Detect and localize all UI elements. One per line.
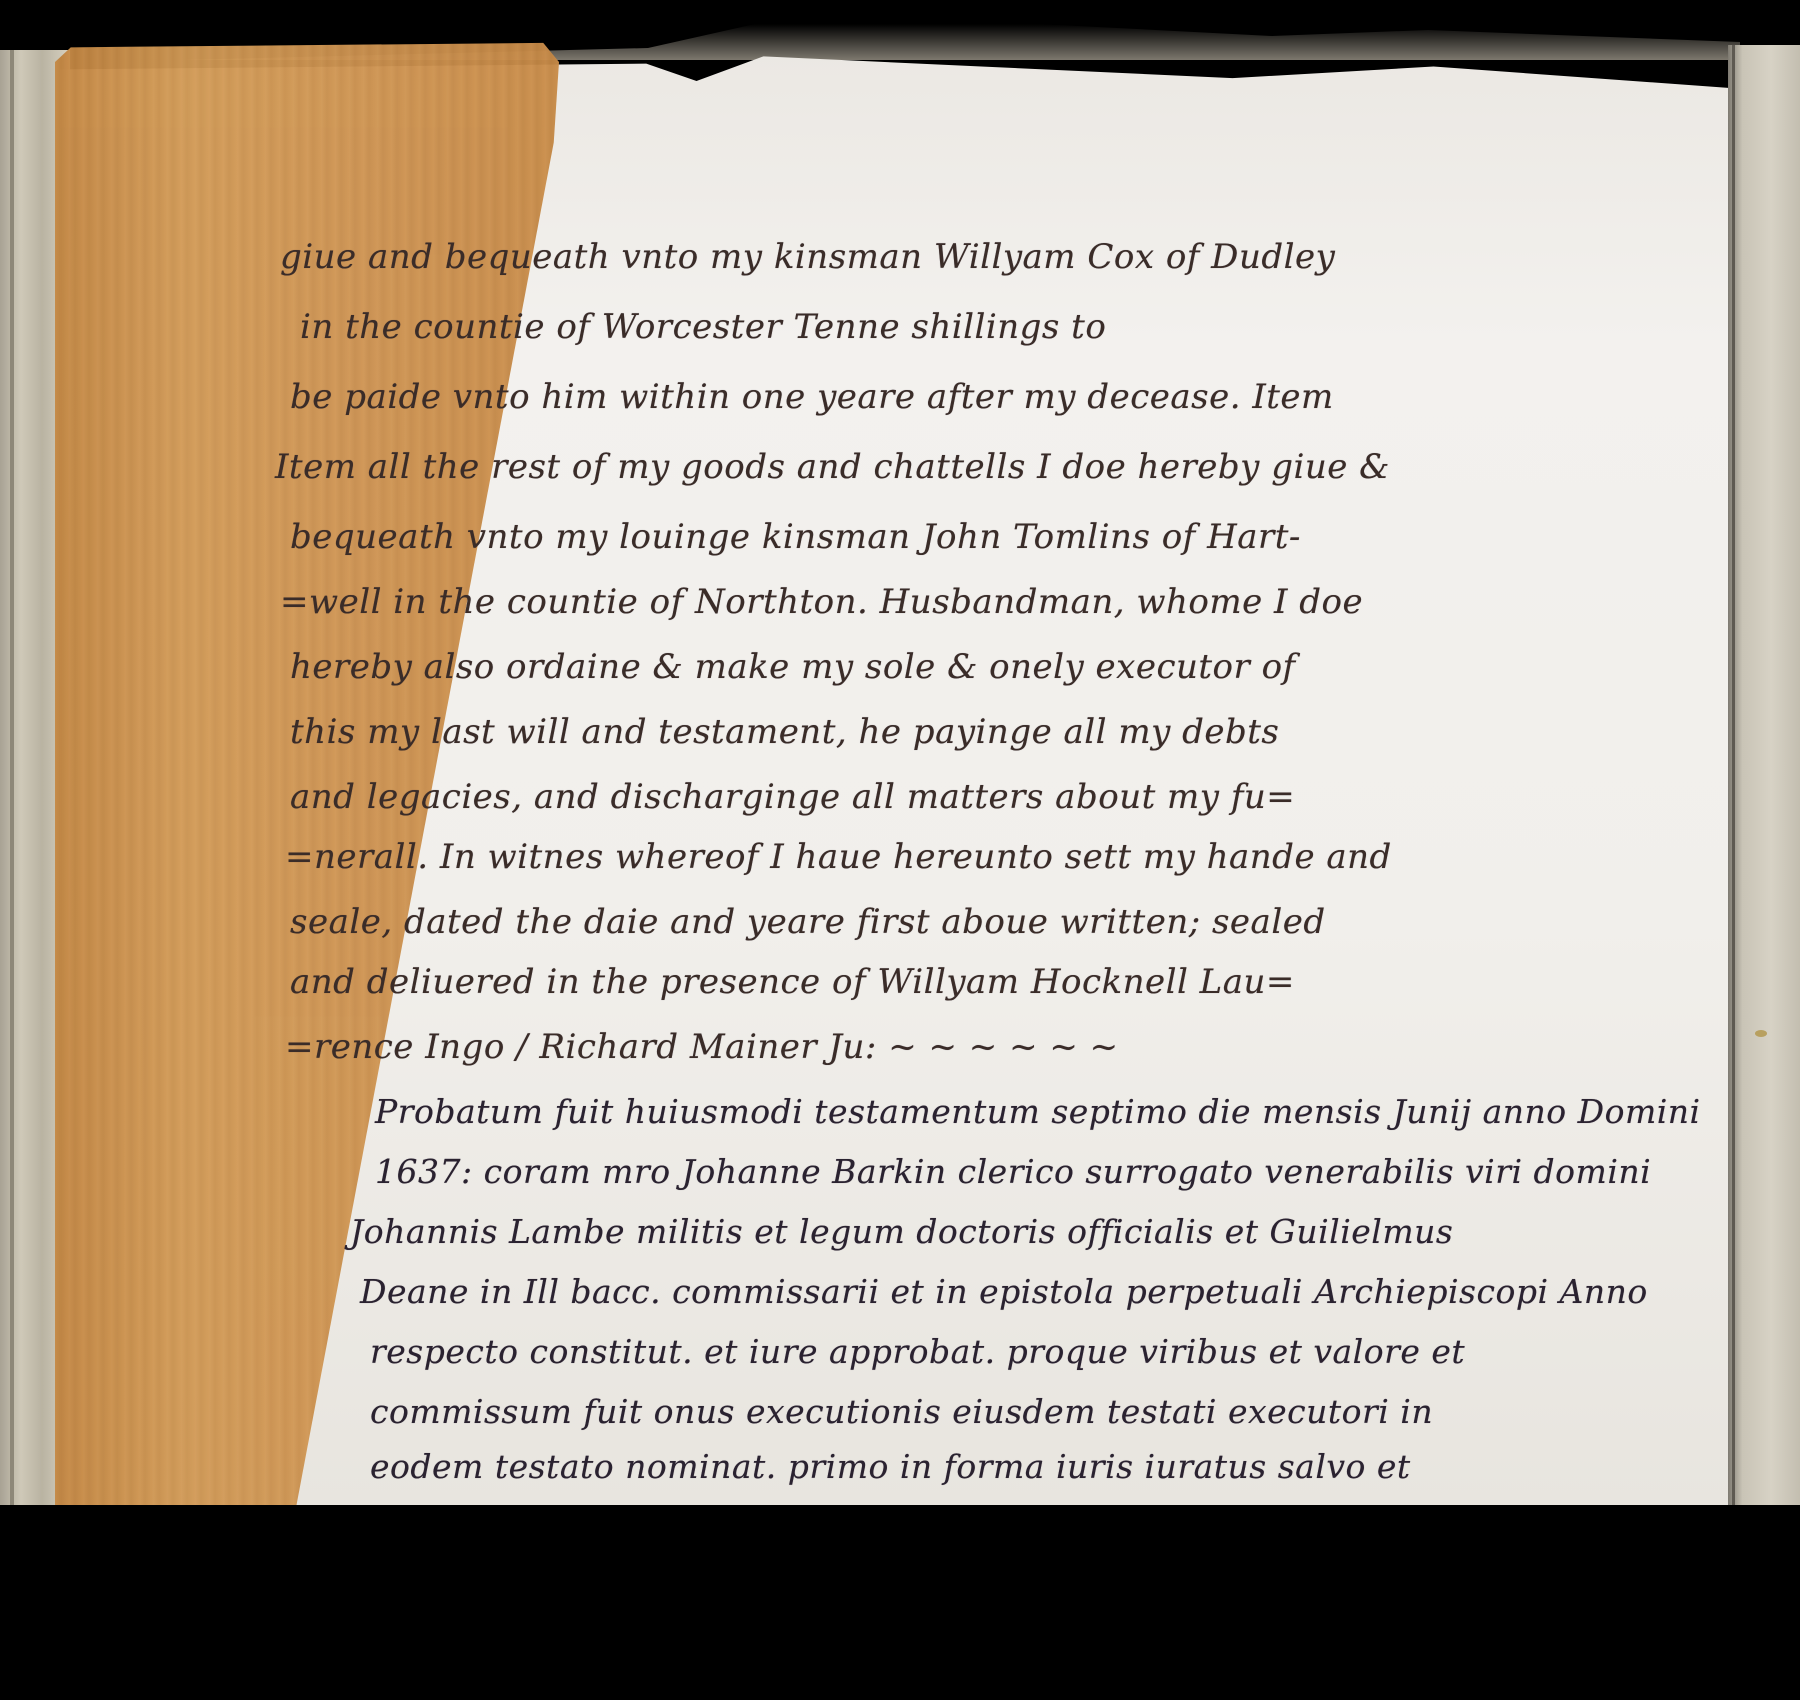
probate-line-4: Deane in Ill bacc. commissarii et in epi… [360,1275,1648,1308]
will-line-12: and deliuered in the presence of Willyam… [290,965,1295,999]
will-line-3: be paide vnto him within one yeare after… [290,380,1334,414]
will-line-11: seale, dated the daie and yeare first ab… [290,905,1326,939]
will-line-4: Item all the rest of my goods and chatte… [275,450,1390,484]
probate-line-1: Probatum fuit huiusmodi testamentum sept… [375,1095,1701,1128]
will-line-10: =nerall. In witnes whereof I haue hereun… [285,840,1392,874]
probate-line-7: eodem testato nominat. primo in forma iu… [370,1450,1411,1483]
stain-mark [1755,1030,1767,1037]
will-line-5: bequeath vnto my louinge kinsman John To… [290,520,1301,554]
will-line-2: in the countie of Worcester Tenne shilli… [300,310,1106,344]
will-line-13: =rence Ingo / Richard Mainer Ju: ~ ~ ~ ~… [285,1030,1119,1064]
bottom-black-band [0,1505,1800,1700]
probate-line-3: Johannis Lambe militis et legum doctoris… [350,1215,1453,1248]
page-edge-right [1728,45,1800,1505]
manuscript-photo: giue and bequeath vnto my kinsman Willya… [0,0,1800,1700]
probate-line-2: 1637: coram mro Johanne Barkin clerico s… [375,1155,1651,1188]
will-line-6: =well in the countie of Northton. Husban… [280,585,1363,619]
will-line-7: hereby also ordaine & make my sole & one… [290,650,1296,684]
will-line-1: giue and bequeath vnto my kinsman Willya… [280,240,1335,274]
will-line-8: this my last will and testament, he payi… [290,715,1279,749]
probate-line-5: respecto constitut. et iure approbat. pr… [370,1335,1465,1368]
will-line-9: and legacies, and discharginge all matte… [290,780,1295,814]
probate-line-6: commissum fuit onus executionis eiusdem … [370,1395,1433,1428]
